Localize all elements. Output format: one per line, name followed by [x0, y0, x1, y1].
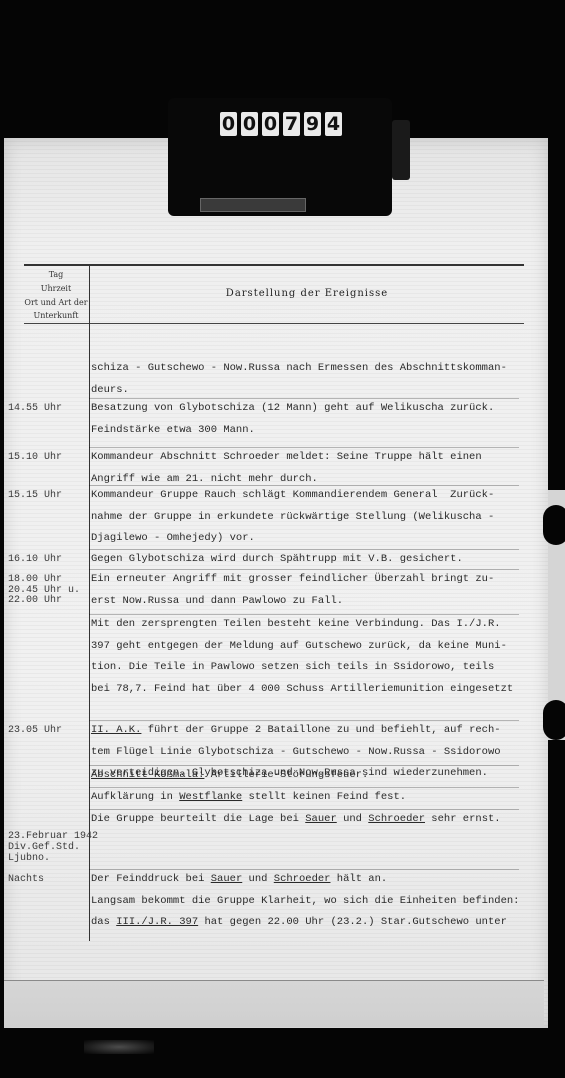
entry-text-line: Kommandeur Abschnitt Schroeder meldet: S…: [91, 451, 531, 464]
text-span: Angriff wie am 21. nicht mehr durch.: [91, 473, 318, 485]
text-span: erst Now.Russa und dann Pawlowo zu Fall.: [91, 595, 343, 607]
text-span: deurs.: [91, 384, 129, 396]
entry-text-line: Der Feinddruck bei Sauer und Schroeder h…: [91, 873, 531, 886]
counter-digits: 0 0 0 7 9 4: [220, 112, 342, 136]
entry-text-line: Langsam bekommt die Gruppe Klarheit, wo …: [91, 895, 531, 908]
counter-digit: 0: [220, 112, 237, 136]
text-span: hält an.: [330, 873, 387, 885]
date-location-line: Ljubno.: [8, 852, 118, 865]
header-rule: [24, 323, 524, 324]
text-span: führt der Gruppe 2 Bataillone zu und bef…: [141, 724, 500, 736]
text-span: stellt keinen Feind fest.: [242, 791, 406, 803]
counter-digit: 0: [241, 112, 258, 136]
entry-separator: [89, 447, 519, 448]
text-span: Gegen Glybotschiza wird durch Spähtrupp …: [91, 553, 463, 565]
text-span: 397 geht entgegen der Meldung auf Gutsch…: [91, 640, 507, 652]
counter-digit: 4: [325, 112, 342, 136]
header-title: Darstellung der Ereignisse: [90, 288, 524, 299]
entry-separator: [89, 549, 519, 550]
entry-text-line: tem Flügel Linie Glybotschiza - Gutschew…: [91, 746, 531, 759]
counter-knob: [392, 120, 410, 180]
underlined-term: Schroeder: [368, 813, 425, 825]
entry-text-line: Ein erneuter Angriff mit grosser feindli…: [91, 573, 531, 586]
text-span: Feindstärke etwa 300 Mann.: [91, 424, 255, 436]
underlined-term: Schroeder: [274, 873, 331, 885]
counter-slot: [200, 198, 306, 212]
entry-text-line: Abschnitt Koßmala: Artillerie-Störungsfe…: [91, 769, 531, 782]
underlined-term: Sauer: [305, 813, 337, 825]
text-span: Kommandeur Abschnitt Schroeder meldet: S…: [91, 451, 482, 463]
text-span: Artillerie-Störungsfeuer.: [204, 769, 368, 781]
counter-digit: 0: [262, 112, 279, 136]
header-label-time: Uhrzeit: [24, 282, 88, 295]
text-span: hat gegen 22.00 Uhr (23.2.) Star.Gutsche…: [198, 916, 507, 928]
entry-time: 22.00 Uhr: [8, 594, 88, 607]
text-span: Aufklärung in: [91, 791, 179, 803]
text-span: tem Flügel Linie Glybotschiza - Gutschew…: [91, 746, 501, 758]
underlined-term: Abschnitt Koßmala:: [91, 769, 204, 781]
text-span: schiza - Gutschewo - Now.Russa nach Erme…: [91, 362, 507, 374]
text-span: Die Gruppe beurteilt die Lage bei: [91, 813, 305, 825]
header-label-day: Tag: [24, 268, 88, 281]
entry-text-line: Feindstärke etwa 300 Mann.: [91, 424, 531, 437]
counter-digit: 7: [283, 112, 300, 136]
text-span: nahme der Gruppe in erkundete rückwärtig…: [91, 511, 494, 523]
entry-text-line: Die Gruppe beurteilt die Lage bei Sauer …: [91, 813, 531, 826]
entry-text-line: deurs.: [91, 384, 531, 397]
entry-text-line: nahme der Gruppe in erkundete rückwärtig…: [91, 511, 531, 524]
entry-separator: [89, 398, 519, 399]
punch-hole: [543, 700, 565, 740]
punch-hole: [543, 505, 565, 545]
underlined-term: III./J.R. 397: [116, 916, 198, 928]
underlined-term: Sauer: [211, 873, 243, 885]
entry-separator: [89, 569, 519, 570]
entry-text-line: Angriff wie am 21. nicht mehr durch.: [91, 473, 531, 486]
entry-separator: [89, 485, 519, 486]
entry-separator: [89, 869, 519, 870]
text-span: Langsam bekommt die Gruppe Klarheit, wo …: [91, 895, 519, 907]
entry-text-line: tion. Die Teile in Pawlowo setzen sich t…: [91, 661, 531, 674]
text-span: Kommandeur Gruppe Rauch schlägt Kommandi…: [91, 489, 494, 501]
entry-time: Nachts: [8, 873, 88, 886]
entry-separator: [89, 765, 519, 766]
entry-time: 23.05 Uhr: [8, 724, 88, 737]
entry-time: 15.15 Uhr: [8, 489, 88, 502]
entry-separator: [89, 720, 519, 721]
text-span: Der Feinddruck bei: [91, 873, 211, 885]
text-span: sehr ernst.: [425, 813, 501, 825]
entry-text-line: Aufklärung in Westflanke stellt keinen F…: [91, 791, 531, 804]
entry-text-line: Besatzung von Glybotschiza (12 Mann) geh…: [91, 402, 531, 415]
entry-text-line: Kommandeur Gruppe Rauch schlägt Kommandi…: [91, 489, 531, 502]
entry-text-line: bei 78,7. Feind hat über 4 000 Schuss Ar…: [91, 683, 531, 696]
text-span: und: [337, 813, 369, 825]
entry-separator: [89, 809, 519, 810]
entry-time: 14.55 Uhr: [8, 402, 88, 415]
text-span: Ein erneuter Angriff mit grosser feindli…: [91, 573, 494, 585]
entry-text-line: erst Now.Russa und dann Pawlowo zu Fall.: [91, 595, 531, 608]
entry-text-line: 397 geht entgegen der Meldung auf Gutsch…: [91, 640, 531, 653]
underlined-term: Westflanke: [179, 791, 242, 803]
text-span: tion. Die Teile in Pawlowo setzen sich t…: [91, 661, 494, 673]
text-span: Mit den zersprengten Teilen besteht kein…: [91, 618, 501, 630]
page-bottom-edge: [4, 980, 544, 1027]
text-span: und: [242, 873, 274, 885]
entry-time: 16.10 Uhr: [8, 553, 88, 566]
text-span: Djagilewo - Omhejedy) vor.: [91, 532, 255, 544]
header-rule: [24, 264, 524, 266]
text-span: Besatzung von Glybotschiza (12 Mann) geh…: [91, 402, 494, 414]
text-span: bei 78,7. Feind hat über 4 000 Schuss Ar…: [91, 683, 513, 695]
entry-time: 15.10 Uhr: [8, 451, 88, 464]
entry-text-line: Mit den zersprengten Teilen besteht kein…: [91, 618, 531, 631]
entry-text-line: II. A.K. führt der Gruppe 2 Bataillone z…: [91, 724, 531, 737]
underlined-term: II. A.K.: [91, 724, 141, 736]
entry-text-line: Gegen Glybotschiza wird durch Spähtrupp …: [91, 553, 531, 566]
text-span: das: [91, 916, 116, 928]
entry-separator: [89, 614, 519, 615]
entry-separator: [89, 787, 519, 788]
counter-digit: 9: [304, 112, 321, 136]
entry-text-line: schiza - Gutschewo - Now.Russa nach Erme…: [91, 362, 531, 375]
entry-text-line: Djagilewo - Omhejedy) vor.: [91, 532, 531, 545]
header-label-location: Ort und Art der Unterkunft: [24, 296, 88, 322]
header-left-labels: Tag Uhrzeit Ort und Art der Unterkunft: [24, 268, 88, 323]
entry-text-line: das III./J.R. 397 hat gegen 22.00 Uhr (2…: [91, 916, 531, 929]
stamp-mark: [84, 1040, 154, 1054]
